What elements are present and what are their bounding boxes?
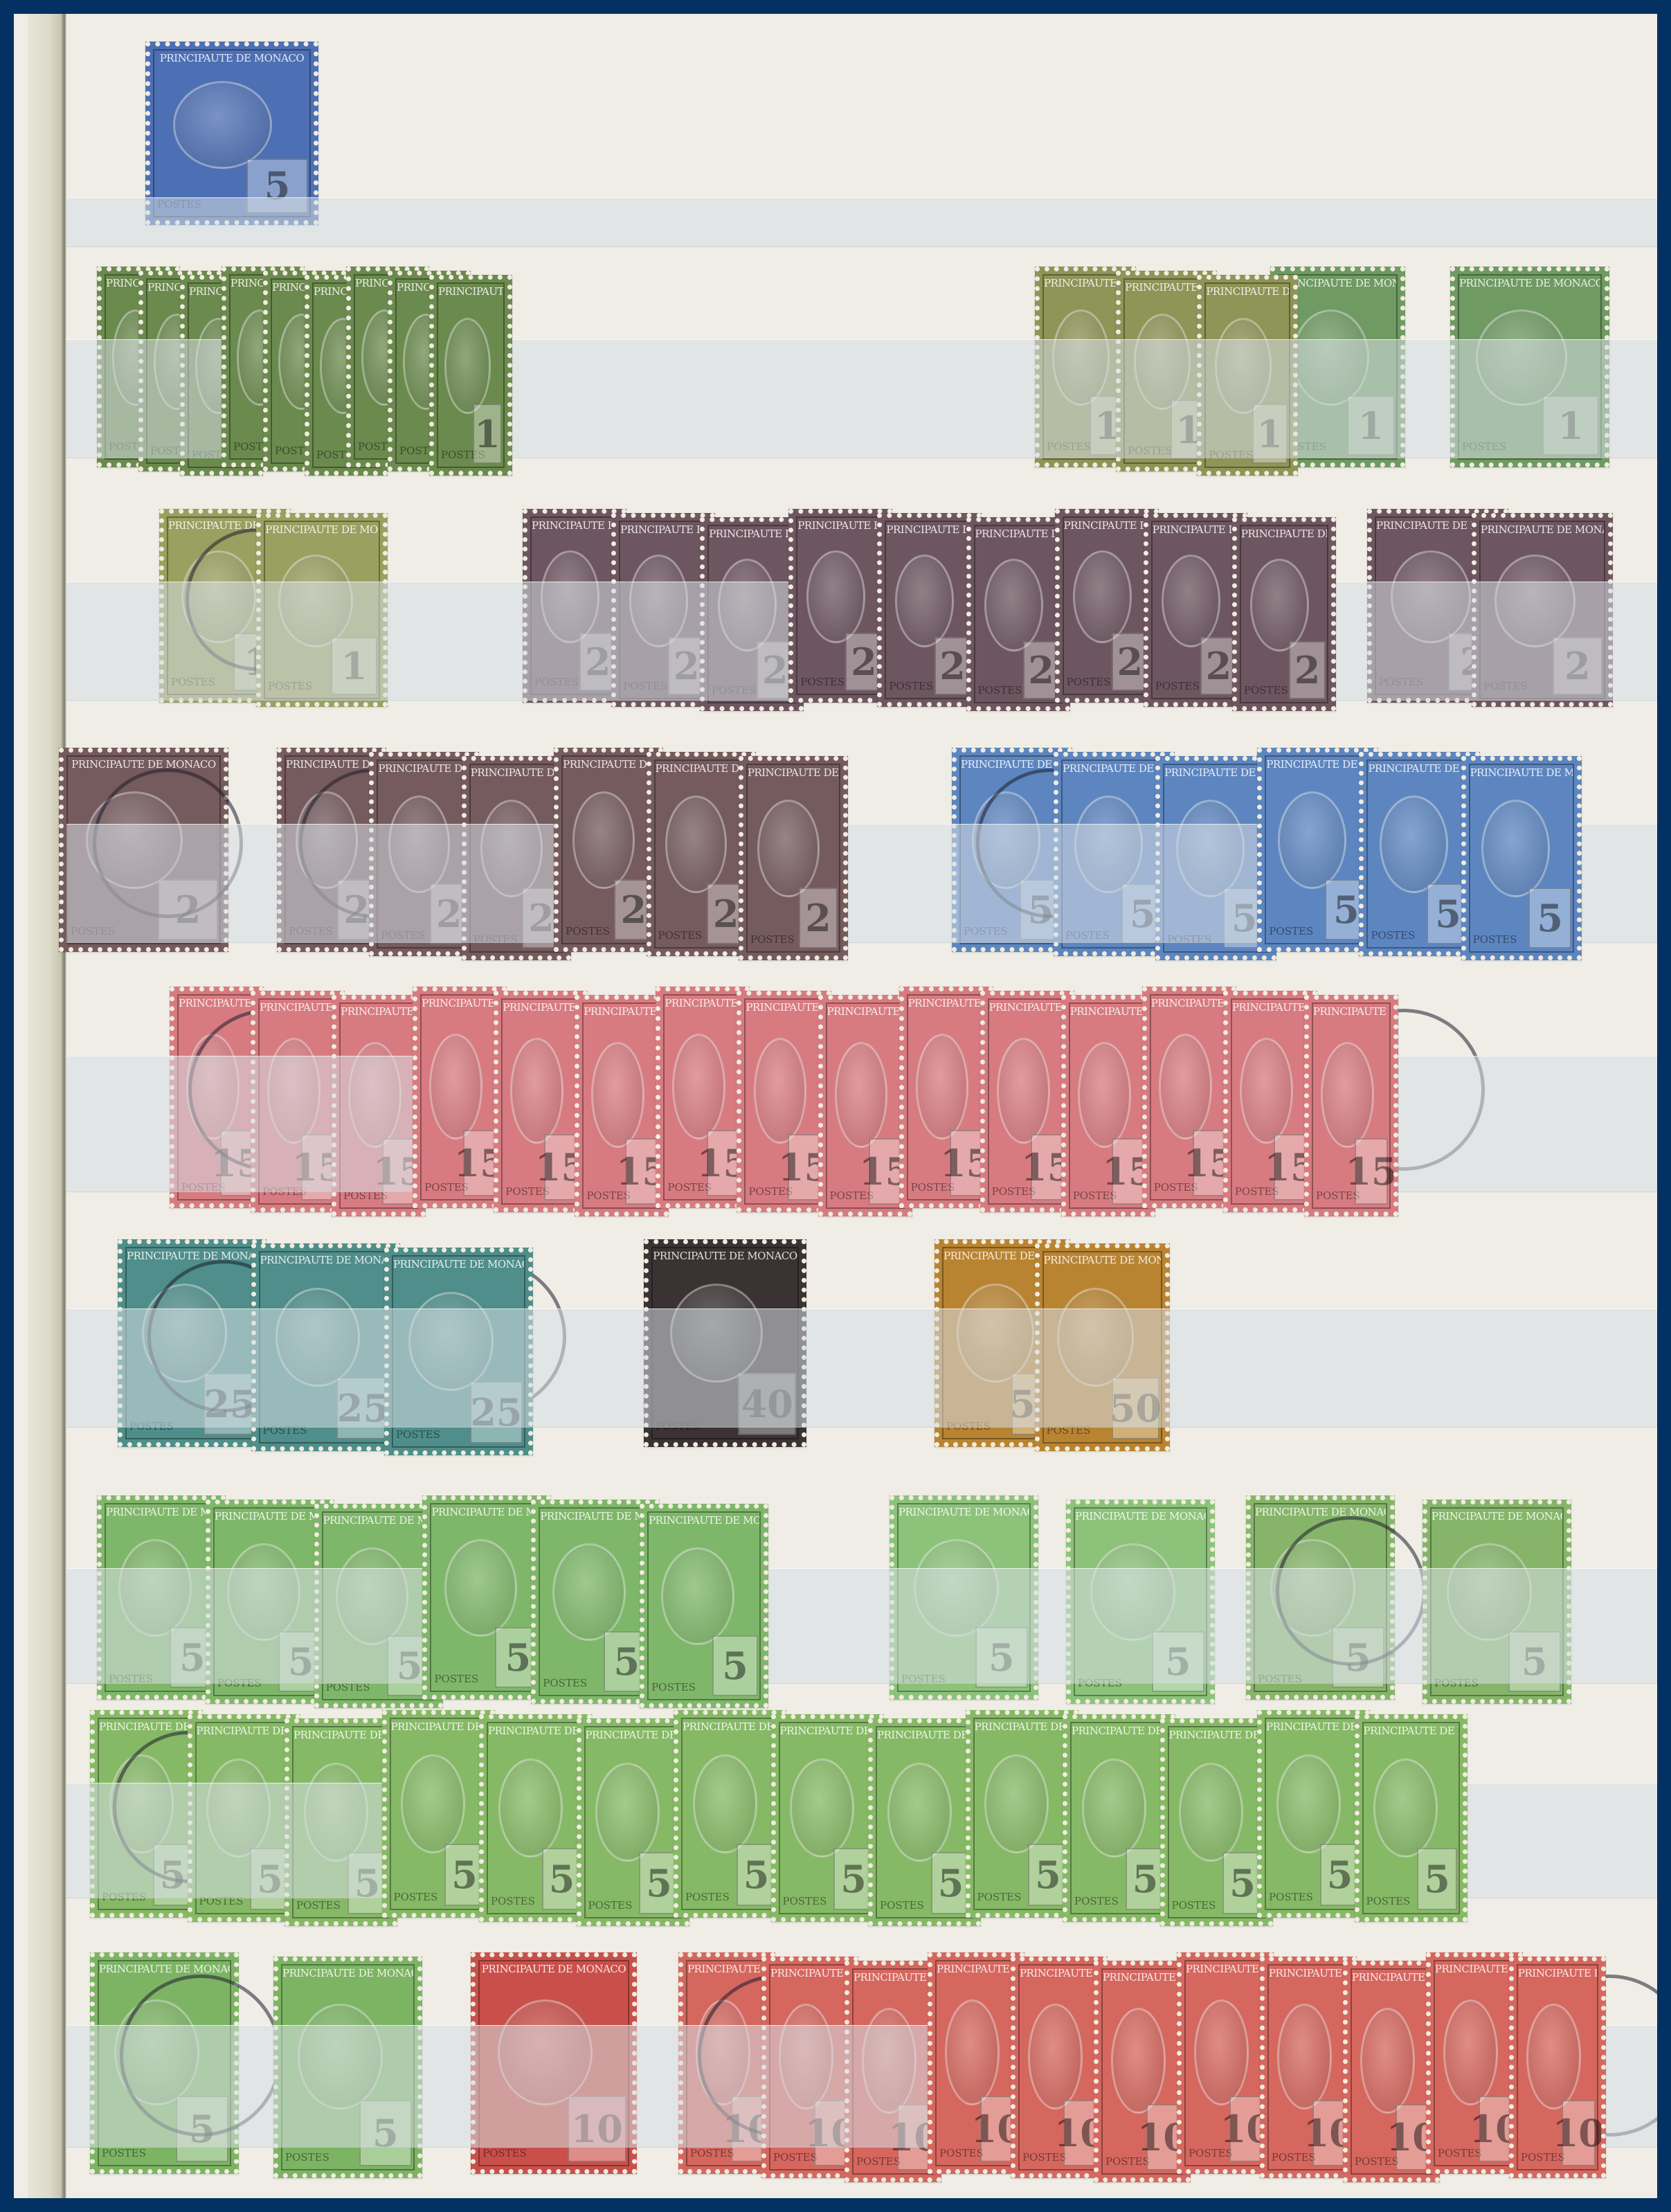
portrait-oval	[916, 1034, 969, 1140]
denomination: 10	[1063, 2100, 1097, 2166]
portrait-oval	[1373, 1759, 1438, 1858]
stamp-legend: PRINCIPAUTE DE MONACO	[746, 1001, 822, 1014]
portrait-oval	[1179, 1763, 1243, 1862]
denomination: 15	[1274, 1134, 1307, 1201]
stamp-legend: PRINCIPAUTE DE MONACO	[488, 1725, 583, 1737]
stamp-legend: PRINCIPAUTE DE MONACO	[653, 1250, 797, 1262]
portrait-oval	[835, 1042, 888, 1148]
stamp-legend: PRINCIPAUTE DE MONACO	[422, 997, 498, 1009]
portrait-oval	[1526, 2004, 1581, 2110]
stamp-legend: PRINCIPAUTE DE MONACO	[687, 1963, 766, 1975]
stamp-legend: PRINCIPAUTE DE MONACO	[656, 762, 747, 775]
denomination: 10	[1146, 2104, 1180, 2170]
portrait-oval	[1078, 1042, 1131, 1148]
portrait-oval	[552, 1543, 626, 1641]
glassine-strip	[66, 1568, 1657, 1684]
portrait-oval	[693, 1754, 757, 1853]
portrait-oval	[984, 1754, 1049, 1853]
portrait-oval	[806, 550, 865, 643]
stamp-legend: PRINCIPAUTE DE MONACO	[1125, 281, 1208, 294]
stamp-legend: PRINCIPAUTE DE MONACO	[1153, 523, 1238, 536]
stamp-legend: PRINCIPAUTE DE MONACO	[1431, 1510, 1562, 1522]
stamp-legend: PRINCIPAUTE DE MONACO	[106, 1506, 217, 1518]
stamp-legend: PRINCIPAUTE DE MONACO	[260, 1254, 391, 1266]
portrait-oval	[887, 1763, 952, 1862]
denomination: 15	[788, 1134, 821, 1201]
postes-label: POSTES	[880, 1899, 924, 1912]
stamp-legend: PRINCIPAUTE DE MONACO	[665, 997, 741, 1009]
stamp-5c: PRINCIPAUTE DE MONACOPOSTES5	[577, 1718, 689, 1926]
stamp-legend: PRINCIPAUTE DE MONACO	[540, 1510, 651, 1522]
stamp-legend: PRINCIPAUTE DE MONACO	[748, 766, 839, 779]
postes-label: POSTES	[1371, 929, 1415, 942]
stamp-5c: PRINCIPAUTE DE MONACOPOSTES5	[1461, 756, 1582, 960]
stamp-legend: PRINCIPAUTE DE MONACO	[937, 1963, 1015, 1975]
denomination: 10	[1312, 2100, 1346, 2166]
portrait-oval	[1194, 1999, 1249, 2105]
portrait-oval	[1380, 795, 1448, 893]
stamp-5c: PRINCIPAUTE DE MONACOPOSTES5	[1355, 1714, 1467, 1922]
stamp-legend: PRINCIPAUTE DE MONACO	[1241, 528, 1327, 540]
stamp-legend: PRINCIPAUTE DE MONACO	[378, 762, 469, 775]
stamp-legend: PRINCIPAUTE DE MONACO	[620, 523, 706, 536]
stamp-legend: PRINCIPAUTE DE MONACO	[197, 1725, 291, 1737]
stamp-legend: PRINCIPAUTE DE MONACO	[1313, 1005, 1389, 1018]
portrait-oval	[591, 1042, 644, 1148]
stamp-legend: PRINCIPAUTE DE MONACO	[797, 519, 883, 532]
portrait-oval	[790, 1759, 854, 1858]
denomination: 15	[1031, 1134, 1064, 1201]
portrait-oval	[1240, 1038, 1293, 1144]
stamp-legend: PRINCIPAUTE DE MONACO	[683, 1720, 777, 1733]
denomination: 15	[869, 1138, 902, 1205]
denomination: 5	[712, 1635, 758, 1696]
stamp-legend: PRINCIPAUTE DE MONACO	[391, 1720, 486, 1733]
stamp-legend: PRINCIPAUTE DE MONACO	[1255, 1506, 1386, 1518]
stamp-legend: PRINCIPAUTE DE MONACO	[1064, 519, 1150, 532]
postes-label: POSTES	[889, 680, 933, 692]
stamp-legend: PRINCIPAUTE DE MONACO	[282, 1967, 413, 1979]
denomination: 10	[980, 2096, 1014, 2162]
denomination: 15	[1193, 1130, 1226, 1196]
stamp-legend: PRINCIPAUTE DE MONACO	[1232, 1001, 1308, 1014]
denomination: 10	[1395, 2104, 1429, 2170]
stamp-legend: PRINCIPAUTE DE MONACO	[886, 523, 972, 536]
stamp-legend: PRINCIPAUTE DE MONACO	[780, 1725, 875, 1737]
stamp-legend: PRINCIPAUTE DE MONACO	[1044, 1254, 1162, 1266]
denomination: 10	[1562, 2100, 1596, 2166]
portrait-oval	[1276, 1754, 1341, 1853]
portrait-oval	[945, 1999, 1000, 2105]
postes-label: POSTES	[1366, 1895, 1411, 1907]
stamp-legend: PRINCIPAUTE DE MONACO	[127, 1250, 258, 1262]
postes-label: POSTES	[482, 2147, 527, 2159]
stamp-legend: PRINCIPAUTE DE MONACO	[99, 1720, 194, 1733]
stamp-5c: PRINCIPAUTE DE MONACOPOSTES5	[1063, 1714, 1175, 1922]
stamp-15c: PRINCIPAUTE DE MONACOPOSTES15	[494, 991, 588, 1212]
stamp-15c: PRINCIPAUTE DE MONACOPOSTES15	[818, 995, 912, 1216]
stamp-legend: PRINCIPAUTE DE MONACO	[1435, 1963, 1514, 1975]
portrait-oval	[661, 1547, 734, 1645]
portrait-oval	[672, 1034, 725, 1140]
postes-label: POSTES	[543, 1677, 587, 1689]
postes-label: POSTES	[566, 925, 610, 937]
denomination: 15	[625, 1138, 658, 1205]
stamp-5c: PRINCIPAUTE DE MONACOPOSTES5	[1257, 1710, 1370, 1918]
postes-label: POSTES	[1155, 680, 1200, 692]
stamp-legend: PRINCIPAUTE DE MONACO	[770, 1967, 849, 1979]
portrait-oval	[665, 795, 728, 893]
postes-label: POSTES	[1473, 933, 1517, 946]
portrait-oval	[757, 800, 820, 897]
stamp-legend: PRINCIPAUTE DE MONACO	[1070, 1005, 1146, 1018]
portrait-oval	[1321, 1042, 1374, 1148]
postes-label: POSTES	[1067, 676, 1111, 688]
portrait-oval	[510, 1038, 563, 1144]
stamp-legend: PRINCIPAUTE DE MONACO	[827, 1005, 903, 1018]
stamp-legend: PRINCIPAUTE DE MONACO	[99, 1963, 230, 1975]
stamp-legend: PRINCIPAUTE DE MONACO	[341, 1005, 417, 1018]
stamp-legend: PRINCIPAUTE DE MONACO	[68, 758, 219, 771]
stamp-legend: PRINCIPAUTE DE MONACO	[1481, 523, 1604, 536]
postes-label: POSTES	[1074, 1895, 1119, 1907]
postes-label: POSTES	[1269, 925, 1313, 937]
stamp-legend: PRINCIPAUTE DE MONACO	[563, 758, 654, 771]
denomination: 15	[544, 1134, 577, 1201]
portrait-oval	[173, 81, 272, 168]
denomination: 15	[707, 1130, 740, 1196]
stamp-legend: PRINCIPAUTE DE MONACO	[1518, 1967, 1597, 1979]
postes-label: POSTES	[396, 1428, 440, 1441]
stamp-5c: PRINCIPAUTE DE MONACOPOSTES5	[771, 1714, 884, 1922]
glassine-strip	[66, 1309, 1657, 1428]
stamp-legend: PRINCIPAUTE DE MONACO	[503, 1001, 579, 1014]
stamp-legend: PRINCIPAUTE DE MONACO	[1459, 277, 1600, 289]
stamp-legend: PRINCIPAUTE DE MONACO	[323, 1514, 434, 1527]
portrait-oval	[444, 318, 491, 413]
portrait-oval	[429, 1034, 482, 1140]
stamp-legend: PRINCIPAUTE DE MONACO	[1352, 1971, 1431, 1984]
denomination: 15	[1355, 1138, 1388, 1205]
stamp-5c: PRINCIPAUTE DE MONACOPOSTES5	[640, 1504, 768, 1708]
stamp-legend: PRINCIPAUTE DE MONACO	[1186, 1963, 1265, 1975]
denomination: 15	[463, 1130, 496, 1196]
portrait-oval	[1111, 2008, 1166, 2114]
postes-label: POSTES	[977, 1891, 1022, 1903]
stamp-legend: PRINCIPAUTE DE MONACO	[438, 285, 503, 298]
stamp-5c: PRINCIPAUTE DE MONACOPOSTES5	[966, 1710, 1078, 1918]
stamp-legend: PRINCIPAUTE DE MONACO	[1266, 1720, 1361, 1733]
stamp-legend: PRINCIPAUTE DE MONACO	[1072, 1725, 1166, 1737]
portrait-oval	[1028, 2004, 1083, 2110]
stamp-15c: PRINCIPAUTE DE MONACOPOSTES15	[899, 987, 993, 1208]
stamp-legend: PRINCIPAUTE DE MONACO	[1269, 1967, 1348, 1979]
stamp-15c: PRINCIPAUTE DE MONACOPOSTES15	[1304, 995, 1398, 1216]
portrait-oval	[1073, 550, 1132, 643]
stamp-legend: PRINCIPAUTE DE MONACO	[265, 523, 379, 536]
postes-label: POSTES	[651, 1681, 696, 1693]
stamp-5c: PRINCIPAUTE DE MONACOPOSTES5	[674, 1710, 786, 1918]
stamp-legend: PRINCIPAUTE DE MONACO	[179, 997, 255, 1009]
portrait-oval	[1159, 1034, 1212, 1140]
stamp-2c: PRINCIPAUTE DE MONACOPOSTES2	[739, 756, 848, 960]
postes-label: POSTES	[434, 1673, 478, 1685]
stamp-legend: PRINCIPAUTE DE MONACO	[975, 1720, 1069, 1733]
portrait-oval	[1481, 800, 1550, 897]
stamp-15c: PRINCIPAUTE DE MONACOPOSTES15	[980, 991, 1074, 1212]
postes-label: POSTES	[685, 1891, 730, 1903]
portrait-oval	[444, 1539, 518, 1637]
stockbook-page: PRINCIPAUTE DE MONACOPOSTES5PRINCIPAUTE …	[14, 14, 1657, 2198]
portrait-oval	[997, 1038, 1050, 1144]
portrait-oval	[1277, 2004, 1332, 2110]
postes-label: POSTES	[296, 1899, 341, 1912]
portrait-oval	[1443, 1999, 1498, 2105]
stamp-15c: PRINCIPAUTE DE MONACOPOSTES15	[1142, 987, 1236, 1208]
stamp-legend: PRINCIPAUTE DE MONACO	[853, 1971, 932, 1984]
portrait-oval	[572, 791, 635, 889]
stamp-15c: PRINCIPAUTE DE MONACOPOSTES15	[575, 995, 669, 1216]
portrait-oval	[984, 559, 1043, 651]
stamp-5c: PRINCIPAUTE DE MONACOPOSTES5	[868, 1718, 981, 1926]
stamp-5c: PRINCIPAUTE DE MONACOPOSTES5	[479, 1714, 592, 1922]
stamp-legend: PRINCIPAUTE DE MONACO	[1075, 1510, 1206, 1522]
stamp-legend: PRINCIPAUTE DE MONACO	[1206, 285, 1289, 298]
stamp-15c: PRINCIPAUTE DE MONACOPOSTES15	[737, 991, 831, 1212]
portrait-oval	[895, 555, 954, 647]
portrait-oval	[1162, 555, 1220, 647]
postes-label: POSTES	[1172, 1899, 1216, 1912]
stamp-legend: PRINCIPAUTE DE MONACO	[1470, 766, 1573, 779]
postes-label: POSTES	[491, 1895, 535, 1907]
portrait-oval	[754, 1038, 807, 1144]
portrait-oval	[498, 1759, 563, 1858]
portrait-oval	[401, 1754, 465, 1853]
stamp-legend: PRINCIPAUTE DE MONACO	[709, 528, 795, 540]
glassine-strip	[66, 197, 1657, 247]
stamp-legend: PRINCIPAUTE DE MONACO	[877, 1729, 972, 1741]
stamp-legend: PRINCIPAUTE DE MONACO	[260, 1001, 336, 1014]
binding-strip	[28, 14, 66, 2198]
stamp-legend: PRINCIPAUTE DE MONACO	[1063, 762, 1165, 775]
stamp-legend: PRINCIPAUTE DE MONACO	[1164, 766, 1267, 779]
postes-label: POSTES	[658, 929, 703, 942]
stamp-legend: PRINCIPAUTE DE MONACO	[584, 1005, 660, 1018]
denomination: 10	[1479, 2096, 1512, 2162]
denomination: 1	[473, 404, 502, 464]
postes-label: POSTES	[750, 933, 795, 946]
denomination: 5	[1528, 888, 1571, 948]
stamp-legend: PRINCIPAUTE DE MONACO	[1020, 1967, 1099, 1979]
stamp-legend: PRINCIPAUTE DE MONACO	[975, 528, 1061, 540]
stamp-5c: PRINCIPAUTE DE MONACOPOSTES5	[382, 1710, 495, 1918]
stamp-legend: PRINCIPAUTE DE MONACO	[1044, 277, 1127, 289]
postes-label: POSTES	[800, 676, 844, 688]
stamp-legend: PRINCIPAUTE DE MONACO	[480, 1963, 628, 1975]
stamp-legend: PRINCIPAUTE DE MONACO	[215, 1510, 325, 1522]
stamp-legend: PRINCIPAUTE DE MONACO	[293, 1729, 388, 1741]
postes-label: POSTES	[978, 684, 1022, 696]
stamp-legend: PRINCIPAUTE DE MONACO	[898, 1506, 1029, 1518]
portrait-oval	[1082, 1759, 1146, 1858]
postes-label: POSTES	[1244, 684, 1288, 696]
stamp-legend: PRINCIPAUTE DE MONACO	[1103, 1971, 1182, 1984]
stamp-legend: PRINCIPAUTE DE MONACO	[961, 758, 1063, 771]
denomination: 10	[1229, 2096, 1263, 2162]
stamp-5c: PRINCIPAUTE DE MONACOPOSTES5	[1160, 1718, 1273, 1926]
postes-label: POSTES	[102, 2147, 146, 2159]
stamp-legend: PRINCIPAUTE DE MONACO	[908, 997, 984, 1009]
stamp-legend: PRINCIPAUTE DE MONACO	[1169, 1729, 1264, 1741]
stamp-15c: PRINCIPAUTE DE MONACOPOSTES15	[656, 987, 750, 1208]
portrait-oval	[595, 1763, 660, 1862]
stamp-legend: PRINCIPAUTE DE MONACO	[586, 1729, 680, 1741]
stamp-legend: PRINCIPAUTE DE MONACO	[154, 52, 309, 64]
stamp-1c: PRINCIPAUTE DE MONACOPOSTES1	[429, 275, 512, 476]
denomination: 2	[799, 888, 838, 948]
stamp-legend: PRINCIPAUTE DE MONACO	[989, 1001, 1065, 1014]
stamp-legend: PRINCIPAUTE DE MONACO	[393, 1258, 524, 1270]
denomination: 15	[950, 1130, 983, 1196]
denomination: 15	[1112, 1138, 1145, 1205]
stamp-legend: PRINCIPAUTE DE MONACO	[532, 519, 617, 532]
portrait-oval	[1278, 791, 1346, 889]
stamp-10c: PRINCIPAUTE DE MONACOPOSTES10	[1509, 1957, 1606, 2178]
stamp-legend: PRINCIPAUTE DE MONACO	[471, 766, 562, 779]
denomination: 5	[1417, 1848, 1457, 1910]
stamp-legend: PRINCIPAUTE DE MONACO	[431, 1506, 542, 1518]
postes-label: POSTES	[285, 2151, 329, 2164]
postes-label: POSTES	[1269, 1891, 1313, 1903]
postes-label: POSTES	[783, 1895, 827, 1907]
stamp-legend: PRINCIPAUTE DE MONACO	[286, 758, 377, 771]
postes-label: POSTES	[394, 1891, 438, 1903]
stamp-legend: PRINCIPAUTE DE MONACO	[1364, 1725, 1458, 1737]
stamp-legend: PRINCIPAUTE DE MONACO	[649, 1514, 759, 1527]
postes-label: POSTES	[588, 1899, 633, 1912]
portrait-oval	[1360, 2008, 1415, 2114]
stamp-15c: PRINCIPAUTE DE MONACOPOSTES15	[1223, 991, 1317, 1212]
portrait-oval	[1250, 559, 1309, 651]
stamp-legend: PRINCIPAUTE DE MONACO	[1368, 762, 1470, 775]
stamp-legend: PRINCIPAUTE DE MONACO	[1151, 997, 1227, 1009]
denomination: 2	[1289, 641, 1326, 699]
stamp-15c: PRINCIPAUTE DE MONACOPOSTES15	[1061, 995, 1155, 1216]
stamp-legend: PRINCIPAUTE DE MONACO	[1266, 758, 1369, 771]
stamp-15c: PRINCIPAUTE DE MONACOPOSTES15	[413, 987, 507, 1208]
stamp-2c: PRINCIPAUTE DE MONACOPOSTES2	[1232, 517, 1336, 711]
